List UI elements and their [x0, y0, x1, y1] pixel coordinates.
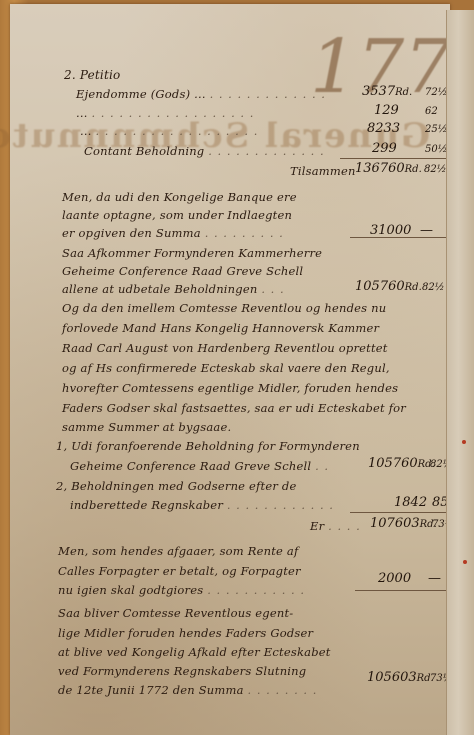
final-amount: 105603Rd. [367, 670, 434, 685]
section-header: 2. Petitio [64, 68, 120, 82]
text-line: Geheime Conference Raad Greve Schell [62, 264, 303, 278]
item-label: ... . . . . . . . . . . . . . . . . . . [80, 124, 258, 138]
amount: 1842 [394, 495, 427, 510]
next-page-edge [446, 10, 474, 735]
ledger-page: 1772 Guneral Schmnnnutorn 2. Petitio Eje… [10, 4, 450, 735]
red-ink-mark [462, 440, 466, 444]
text-line: forlovede Mand Hans Kongelig Hannoversk … [62, 321, 379, 335]
item-amount: 3537Rd. [362, 84, 412, 99]
amount: 31000 [370, 223, 411, 238]
text-line: indberettede Regnskaber . . . . . . . . … [70, 498, 334, 512]
text-line: Saa Afkommer Formynderen Kammerherre [62, 246, 322, 260]
text-line: Saa bliver Comtesse Reventlous egent- [58, 606, 293, 620]
item-amount: 8233 [367, 121, 400, 136]
item-skilling: 25½ [425, 121, 447, 136]
text-line: og af Hs confirmerede Ecteskab skal vaer… [62, 361, 390, 375]
text-line: samme Summer at bygsaae. [62, 420, 231, 434]
total-label: Er . . . . [310, 519, 361, 533]
sum-rule [350, 237, 448, 238]
text-line: allene at udbetale Beholdningen . . . [62, 282, 285, 296]
text-line: Faders Godser skal fastsaettes, saa er u… [62, 401, 406, 415]
item-amount: 299 [372, 141, 397, 156]
text-line: er opgiven den Summa . . . . . . . . . [62, 226, 284, 240]
text-line: hvorefter Comtessens egentlige Midler, f… [62, 381, 398, 395]
subtotal-amount: 136760Rd. [355, 161, 422, 176]
text-line: Men, som hendes afgaaer, som Rente af [58, 544, 298, 558]
item-label: Contant Beholdning . . . . . . . . . . .… [84, 144, 325, 158]
amount: 2000 [378, 571, 411, 586]
item-label: ... . . . . . . . . . . . . . . . . . . [76, 106, 254, 120]
amount: 105760Rd. [368, 456, 435, 471]
text-line: Raad Carl August von Hardenberg Reventlo… [62, 341, 388, 355]
skilling: — [420, 223, 433, 238]
item-skilling: 72½ [425, 84, 447, 99]
skilling: — [428, 571, 441, 586]
text-line: at blive ved Kongelig Afkald efter Ectes… [58, 645, 331, 659]
text-line: ved Formynderens Regnskabers Slutning [58, 664, 306, 678]
text-line: Calles Forpagter er betalt, og Forpagter [58, 564, 301, 578]
text-line: nu igien skal godtgiores . . . . . . . .… [58, 583, 305, 597]
item-skilling: 50½ [425, 141, 447, 156]
subtotal-label: Tilsammen [290, 164, 356, 178]
text-line: 1, Udi foranfoerende Beholdning for Form… [56, 439, 360, 453]
item-skilling: 62 [425, 103, 438, 118]
amount: 105760Rd. [355, 279, 422, 294]
skilling: 82½ [422, 279, 444, 294]
text-line: lige Midler foruden hendes Faders Godser [58, 626, 313, 640]
text-line: laante optagne, som under Indlaegten [62, 208, 292, 222]
text-line: Geheime Conference Raad Greve Schell . . [70, 459, 329, 473]
sum-rule [340, 158, 448, 159]
subtotal-skilling: 82½ [424, 161, 446, 176]
text-line: Men, da udi den Kongelige Banque ere [62, 190, 297, 204]
text-line: Og da den imellem Comtesse Reventlou og … [62, 301, 386, 315]
sum-rule [350, 512, 448, 513]
text-line: de 12te Junii 1772 den Summa . . . . . .… [58, 683, 317, 697]
sum-rule [355, 590, 448, 591]
item-amount: 129 [374, 103, 399, 118]
total-amount: 107603Rd. [370, 516, 437, 531]
red-ink-mark [463, 560, 467, 564]
item-label: Ejendomme (Gods) ... . . . . . . . . . .… [76, 87, 326, 101]
text-line: 2, Beholdningen med Godserne efter de [56, 479, 296, 493]
